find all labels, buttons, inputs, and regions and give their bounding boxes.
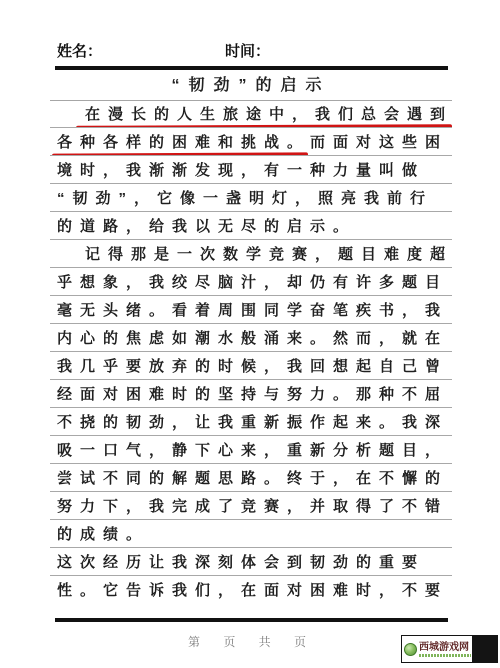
watermark-tagline-strip bbox=[419, 654, 471, 657]
essay-line-text: 在漫长的人生旅途中，我们总会遇到 bbox=[85, 106, 452, 123]
essay-line-text: 乎想象，我绞尽脑汁，却仍有许多题目 bbox=[57, 274, 448, 291]
green-game-ball-icon bbox=[404, 643, 417, 656]
essay-line-text: 努力下，我完成了竞赛，并取得了不错 bbox=[57, 498, 448, 515]
essay-line: 我几乎要放弃的时候，我回想起自己曾 bbox=[50, 352, 452, 380]
essay-line: 在漫长的人生旅途中，我们总会遇到 bbox=[50, 100, 452, 128]
essay-line-text: 吸一口气，静下心来，重新分析题目， bbox=[57, 442, 448, 459]
essay-line: 努力下，我完成了竞赛，并取得了不错 bbox=[50, 492, 452, 520]
essay-line: 记得那是一次数学竞赛，题目难度超 bbox=[50, 240, 452, 268]
watermark-text-block: 西城游戏网 bbox=[419, 642, 470, 657]
essay-line: 的道路，给我以无尽的启示。 bbox=[50, 212, 452, 240]
essay-line-text: 经面对困难时的坚持与努力。那种不屈 bbox=[57, 386, 448, 403]
name-label: 姓名： bbox=[57, 40, 102, 61]
essay-line: 吸一口气，静下心来，重新分析题目， bbox=[50, 436, 452, 464]
essay-line: 这次经历让我深刻体会到韧劲的重要 bbox=[50, 548, 452, 576]
essay-line-text: 不挠的韧劲，让我重新振作起来。我深 bbox=[57, 414, 448, 431]
essay-line-text: 内心的焦虑如潮水般涌来。然而，就在 bbox=[57, 330, 448, 347]
essay-line: 各种各样的困难和挑战。而面对这些困 bbox=[50, 128, 452, 156]
essay-line-text: “韧劲”，它像一盏明灯，照亮我前行 bbox=[57, 190, 433, 207]
essay-line: 乎想象，我绞尽脑汁，却仍有许多题目 bbox=[50, 268, 452, 296]
essay-title: “韧劲”的启示 bbox=[50, 70, 452, 101]
essay-line: 内心的焦虑如潮水般涌来。然而，就在 bbox=[50, 324, 452, 352]
essay-line-text: 记得那是一次数学竞赛，题目难度超 bbox=[85, 246, 452, 263]
essay-line-text: 的成绩。 bbox=[57, 526, 149, 543]
essay-line: 不挠的韧劲，让我重新振作起来。我深 bbox=[50, 408, 452, 436]
essay-line: 尝试不同的解题思路。终于，在不懈的 bbox=[50, 464, 452, 492]
essay-line: 经面对困难时的坚持与努力。那种不屈 bbox=[50, 380, 452, 408]
essay-line-text: 尝试不同的解题思路。终于，在不懈的 bbox=[57, 470, 448, 487]
essay-line: 的成绩。 bbox=[50, 520, 452, 548]
essay-line: 性。它告诉我们，在面对困难时，不要 bbox=[50, 576, 452, 604]
essay-line-text: 这次经历让我深刻体会到韧劲的重要 bbox=[57, 554, 425, 571]
essay-line-text: 我几乎要放弃的时候，我回想起自己曾 bbox=[57, 358, 448, 375]
essay-line: “韧劲”，它像一盏明灯，照亮我前行 bbox=[50, 184, 452, 212]
essay-line-text: 的道路，给我以无尽的启示。 bbox=[57, 218, 356, 235]
site-watermark-badge: 西城游戏网 bbox=[401, 635, 498, 663]
essay-line: 境时，我渐渐发现，有一种力量叫做 bbox=[50, 156, 452, 184]
essay-line: 毫无头绪。看着周围同学奋笔疾书，我 bbox=[50, 296, 452, 324]
essay-line-text: 境时，我渐渐发现，有一种力量叫做 bbox=[57, 162, 425, 179]
time-label: 时间： bbox=[225, 40, 270, 61]
footer-divider-line bbox=[55, 618, 448, 622]
essay-line-text: 毫无头绪。看着周围同学奋笔疾书，我 bbox=[57, 302, 448, 319]
essay-line-text: 各种各样的困难和挑战。而面对这些困 bbox=[57, 134, 448, 151]
watermark-logo-chip: 西城游戏网 bbox=[402, 636, 472, 662]
worksheet-header: 姓名： 时间： bbox=[0, 40, 500, 64]
watermark-site-name: 西城游戏网 bbox=[419, 642, 470, 653]
essay-line-text: 性。它告诉我们，在面对困难时，不要 bbox=[57, 582, 448, 599]
essay-body: 在漫长的人生旅途中，我们总会遇到 各种各样的困难和挑战。而面对这些困 境时，我渐… bbox=[50, 100, 452, 604]
essay-worksheet-page: 姓名： 时间： “韧劲”的启示 在漫长的人生旅途中，我们总会遇到 各种各样的困难… bbox=[0, 0, 500, 668]
